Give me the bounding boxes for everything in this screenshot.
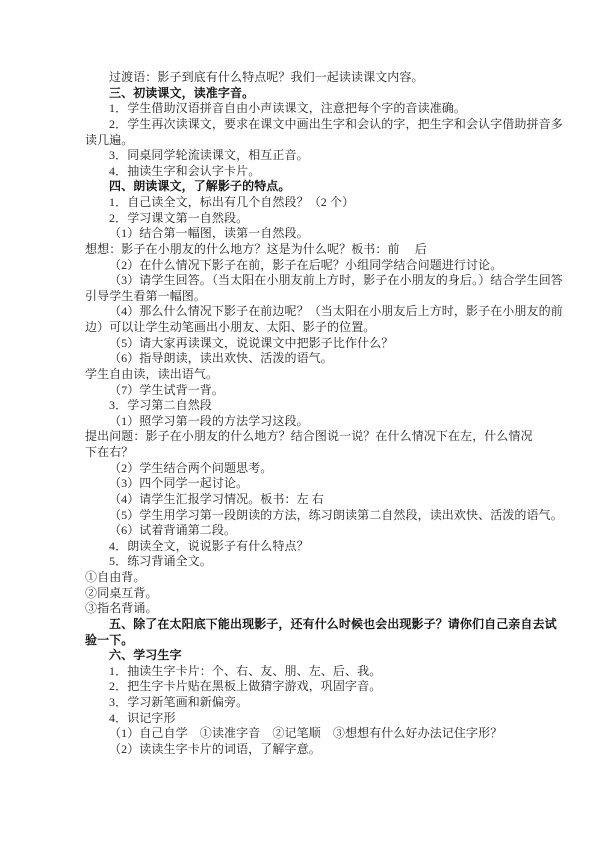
text-line: （2）读读生字卡片的词语，了解字意。 [85, 742, 530, 758]
text-line: 3．学习新笔画和新偏旁。 [85, 695, 530, 711]
text-line: （2）在什么情况下影子在前，影子在后呢？小组同学结合问题进行讨论。 [85, 258, 530, 274]
text-line: 引导学生看第一幅图。 [85, 289, 530, 305]
text-line: （6）指导朗读，读出欢快、活泼的语气。 [85, 351, 530, 367]
text-line: 过渡语：影子到底有什么特点呢？我们一起读读课文内容。 [85, 70, 530, 86]
text-line: （1）照学习第一段的方法学习这段。 [85, 414, 530, 430]
text-line: 2．学习课文第一自然段。 [85, 211, 530, 227]
text-line: （3）请学生回答。（当太阳在小朋友前上方时，影子在小朋友的身后。）结合学生回答 [85, 273, 530, 289]
text-line: 2．学生再次读课文，要求在课文中画出生字和会认的字，把生字和会认字借助拼音多 [85, 117, 530, 133]
section-heading-line: 四、朗读课文，了解影子的特点。 [85, 179, 530, 195]
text-line: （4）请学生汇报学习情况。板书：左 右 [85, 492, 530, 508]
text-line: （1）结合第一幅图，读第一自然段。 [85, 226, 530, 242]
text-line: 学生自由读，读出语气。 [85, 367, 530, 383]
text-line: （5）请大家再读课文，说说课文中把影子比作什么？ [85, 336, 530, 352]
text-line: ②同桌互背。 [85, 586, 530, 602]
text-line: 4．识记字形 [85, 711, 530, 727]
text-line: （7）学生试背一背。 [85, 383, 530, 399]
text-line: 1．抽读生字卡片：个、右、友、朋、左、后、我。 [85, 664, 530, 680]
text-line: （5）学生用学习第一段朗读的方法，练习朗读第二自然段，读出欢快、活泼的语气。 [85, 508, 530, 524]
text-line: （2）学生结合两个问题思考。 [85, 461, 530, 477]
text-line: 5．练习背诵全文。 [85, 554, 530, 570]
section-heading-line: 三、初读课文，读准字音。 [85, 86, 530, 102]
document-page: 过渡语：影子到底有什么特点呢？我们一起读读课文内容。三、初读课文，读准字音。1．… [0, 0, 595, 841]
text-line: 1．学生借助汉语拼音自由小声读课文，注意把每个字的音读准确。 [85, 101, 530, 117]
text-line: 提出问题：影子在小朋友的什么地方？结合图说一说？在什么情况下在左，什么情况 [85, 429, 530, 445]
text-line: （1）自己自学 ①读准字音 ②记笔顺 ③想想有什么好办法记住字形？ [85, 726, 530, 742]
text-line: （4）那么什么情况下影子在前边呢？（当太阳在小朋友后上方时，影子在小朋友的前 [85, 304, 530, 320]
text-line: 3．同桌同学轮流读课文，相互正音。 [85, 148, 530, 164]
text-line: 读几遍。 [85, 133, 530, 149]
lesson-plan-text: 过渡语：影子到底有什么特点呢？我们一起读读课文内容。三、初读课文，读准字音。1．… [85, 70, 530, 758]
text-line: ①自由背。 [85, 570, 530, 586]
text-line: 下在右？ [85, 445, 530, 461]
text-line: 4．朗读全文，说说影子有什么特点？ [85, 539, 530, 555]
text-line: 边）可以让学生动笔画出小朋友、太阳、影子的位置。 [85, 320, 530, 336]
text-line: 1．自己读全文，标出有几个自然段？（2 个） [85, 195, 530, 211]
text-line: 想想：影子在小朋友的什么地方？这是为什么呢？板书：前 后 [85, 242, 530, 258]
section-heading-line: 五、除了在太阳底下能出现影子，还有什么时候也会出现影子？请你们自己亲自去试 [85, 617, 530, 633]
section-heading-line: 验一下。 [85, 633, 530, 649]
text-line: 2．把生字卡片贴在黑板上做猜字游戏，巩固字音。 [85, 679, 530, 695]
text-line: 3．学习第二自然段 [85, 398, 530, 414]
text-line: ③指名背诵。 [85, 601, 530, 617]
text-line: （6）试着背诵第二段。 [85, 523, 530, 539]
text-line: 4．抽读生字和会认字卡片。 [85, 164, 530, 180]
section-heading-line: 六、学习生字 [85, 648, 530, 664]
text-line: （3）四个同学一起讨论。 [85, 476, 530, 492]
